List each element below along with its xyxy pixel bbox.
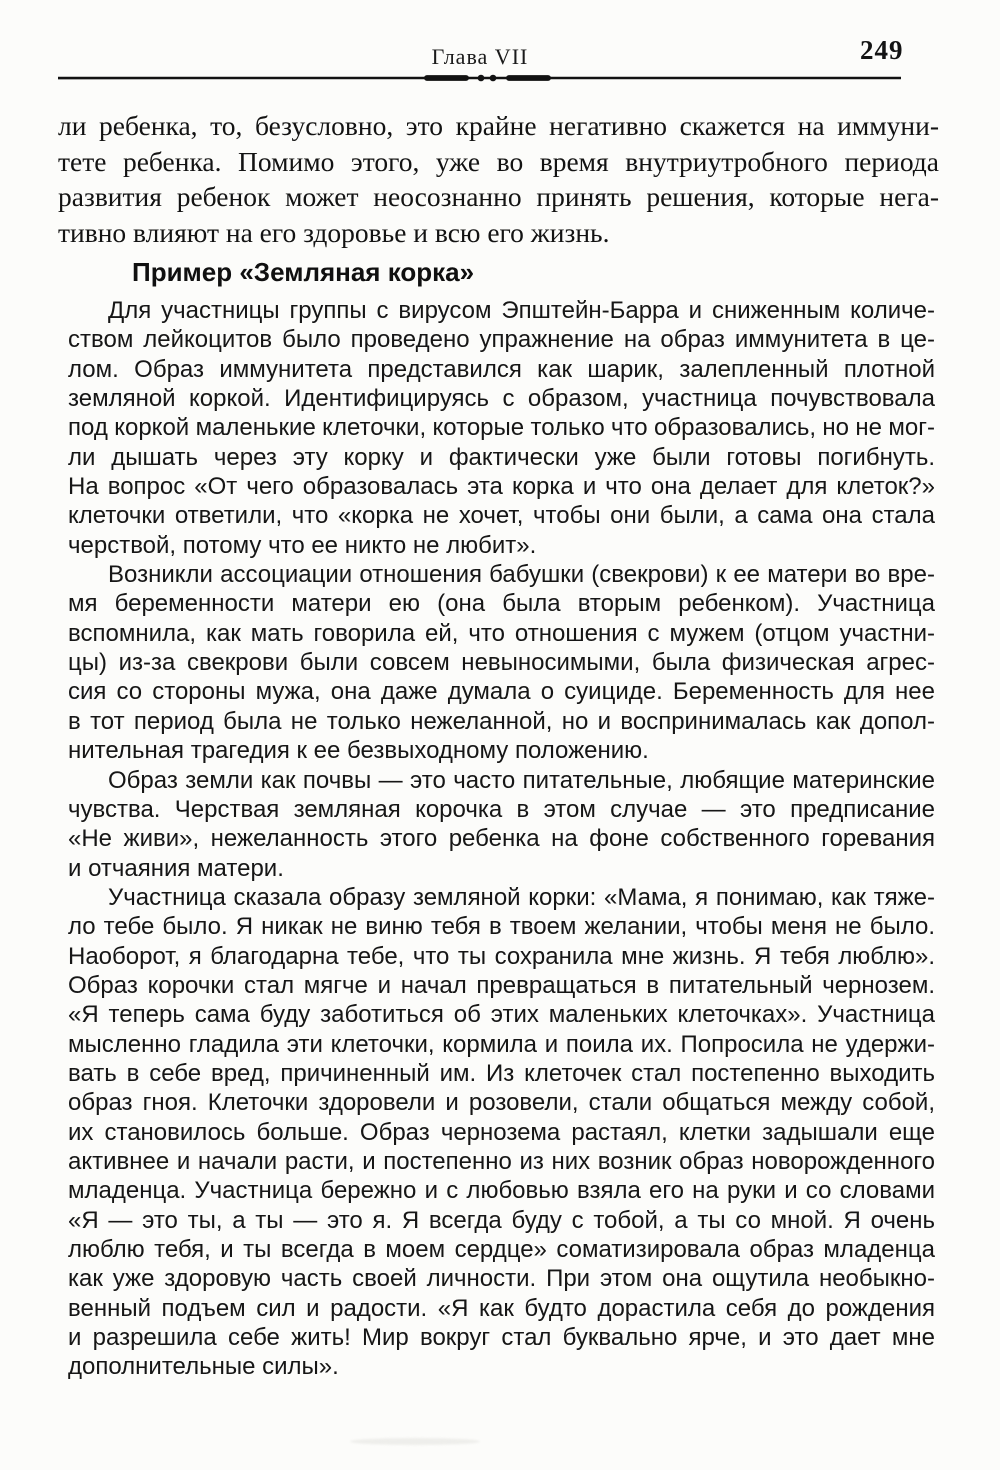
text-line-row: ли дышать через эту корку и фактически у… [68,443,935,472]
text-line-row: цы) из-за свекрови были совсем невыносим… [68,648,935,677]
text-line-row: люблю тебя, и ты всегда в моем сердце» с… [68,1235,935,1264]
text-line: цы) из-за свекрови были совсем невыносим… [68,648,935,677]
rule-ornament-dot [490,75,497,82]
text-line: лом. Образ иммунитета представился как ш… [68,355,935,384]
text-line-row: венный подъем сил и радости. «Я как будт… [68,1294,935,1323]
text-line: тете ребенка. Помимо этого, уже во время… [58,144,939,180]
text-line: дополнительные силы». [68,1352,339,1381]
text-line: развития ребенок может неосознанно приня… [58,179,939,215]
text-line: Образ корочки стал мягче и начал превращ… [68,971,935,1000]
text-line-row: в тот период была не только нежеланной, … [68,707,935,736]
text-line-row: «Я — это ты, а ты — это я. Я всегда буду… [68,1206,935,1235]
text-line: Возникли ассоциации отношения бабушки (с… [108,560,935,589]
text-line: младенца. Участница бережно и с любовью … [68,1176,935,1205]
text-line-row: сия со стороны мужа, она даже думала о с… [68,677,935,706]
text-line-row: образ гноя. Клеточки здоровели и розовел… [68,1088,935,1117]
text-line: мя беременности матери ею (она была втор… [68,589,935,618]
text-line-row: Для участницы группы с вирусом Эпштейн-Б… [68,296,935,325]
text-line: сия со стороны мужа, она даже думала о с… [68,677,935,706]
text-line-row: дополнительные силы». [68,1352,935,1381]
text-line: «Не живи», нежеланность этого ребенка на… [68,824,935,853]
text-line: земляной коркой. Идентифицируясь с образ… [68,384,935,413]
text-line: образ гноя. Клеточки здоровели и розовел… [68,1088,935,1117]
text-line-row: нительная трагедия к ее безвыходному пол… [68,736,935,765]
text-line: вспомнила, как мать говорила ей, что отн… [68,619,935,648]
text-line-row: Образ земли как почвы — это часто питате… [68,766,935,795]
text-line-row: развития ребенок может неосознанно приня… [58,179,939,215]
text-line-row: «Не живи», нежеланность этого ребенка на… [68,824,935,853]
text-line-row: ли ребенка, то, безусловно, это крайне н… [58,108,939,144]
text-line: черствой, потому что ее никто не любит». [68,531,536,560]
text-line-row: вспомнила, как мать говорила ей, что отн… [68,619,935,648]
text-line-row: как уже здоровую часть своей личности. П… [68,1264,935,1293]
text-line: Участница сказала образу земляной корки:… [108,883,935,912]
text-line: «Я — это ты, а ты — это я. Я всегда буду… [68,1206,935,1235]
text-line-row: Наоборот, я благодарна тебе, что ты сохр… [68,942,935,971]
text-line: их становилось больше. Образ чернозема р… [68,1118,935,1147]
rule-ornament-dot [478,75,485,82]
scan-smudge [350,1438,480,1445]
text-line-row: земляной коркой. Идентифицируясь с образ… [68,384,935,413]
text-line: «Я теперь сама буду заботиться об этих м… [68,1000,935,1029]
text-line: Для участницы группы с вирусом Эпштейн-Б… [108,296,935,325]
text-line-row: мысленно гладила эти клеточки, кормила и… [68,1030,935,1059]
text-line-row: и отчаяния матери. [68,854,935,883]
text-line-row: лом. Образ иммунитета представился как ш… [68,355,935,384]
text-line-row: тивно влияют на его здоровье и всю его ж… [58,215,939,251]
text-line: тивно влияют на его здоровье и всю его ж… [58,215,609,251]
example-text-block: Для участницы группы с вирусом Эпштейн-Б… [68,296,935,1382]
page-number: 249 [860,35,904,65]
text-line: венный подъем сил и радости. «Я как будт… [68,1294,935,1323]
text-line-row: младенца. Участница бережно и с любовью … [68,1176,935,1205]
text-line-row: мя беременности матери ею (она была втор… [68,589,935,618]
text-line: ством лейкоцитов было проведено упражнен… [68,325,935,354]
text-line: в тот период была не только нежеланной, … [68,707,935,736]
text-line-row: Участница сказала образу земляной корки:… [68,883,935,912]
text-line-row: их становилось больше. Образ чернозема р… [68,1118,935,1147]
text-line: активнее и начали расти, и постепенно из… [68,1147,935,1176]
text-line: ли дышать через эту корку и фактически у… [68,443,935,472]
text-line: чувства. Черствая земляная корочка в это… [68,795,935,824]
text-line-row: чувства. Черствая земляная корочка в это… [68,795,935,824]
text-line-row: ством лейкоцитов было проведено упражнен… [68,325,935,354]
text-line: вать в себе вред, причиненный им. Из кле… [68,1059,935,1088]
text-line: Образ земли как почвы — это часто питате… [108,766,935,795]
text-line: клеточки ответили, что «корка не хочет, … [68,501,935,530]
text-line: под коркой маленькие клеточки, которые т… [68,413,935,442]
rule-ornament-left-dash [424,75,469,81]
text-line: нительная трагедия к ее безвыходному пол… [68,736,649,765]
text-line-row: Образ корочки стал мягче и начал превращ… [68,971,935,1000]
text-line-row: и разрешила себе жить! Мир вокруг стал б… [68,1323,935,1352]
text-line-row: «Я теперь сама буду заботиться об этих м… [68,1000,935,1029]
text-line: люблю тебя, и ты всегда в моем сердце» с… [68,1235,935,1264]
header-divider-rule [57,72,902,84]
section-heading: Пример «Земляная корка» [132,257,474,287]
text-line: На вопрос «От чего образовалась эта корк… [68,472,935,501]
text-line-row: активнее и начали расти, и постепенно из… [68,1147,935,1176]
text-line-row: Возникли ассоциации отношения бабушки (с… [68,560,935,589]
text-line: и разрешила себе жить! Мир вокруг стал б… [68,1323,935,1352]
text-line-row: тете ребенка. Помимо этого, уже во время… [58,144,939,180]
chapter-title: Глава VII [432,44,529,70]
text-line-row: На вопрос «От чего образовалась эта корк… [68,472,935,501]
text-line-row: вать в себе вред, причиненный им. Из кле… [68,1059,935,1088]
text-line-row: под коркой маленькие клеточки, которые т… [68,413,935,442]
text-line-row: черствой, потому что ее никто не любит». [68,531,935,560]
text-line: и отчаяния матери. [68,854,284,883]
rule-ornament-right-dash [506,75,551,81]
continuation-paragraph: ли ребенка, то, безусловно, это крайне н… [58,108,939,251]
text-line-row: ло тебе было. Я никак не виню тебя в тво… [68,912,935,941]
text-line: как уже здоровую часть своей личности. П… [68,1264,935,1293]
text-line: мысленно гладила эти клеточки, кормила и… [68,1030,935,1059]
text-line: ло тебе было. Я никак не виню тебя в тво… [68,912,935,941]
text-line: ли ребенка, то, безусловно, это крайне н… [58,108,939,144]
text-line-row: клеточки ответили, что «корка не хочет, … [68,501,935,530]
text-line: Наоборот, я благодарна тебе, что ты сохр… [68,942,935,971]
